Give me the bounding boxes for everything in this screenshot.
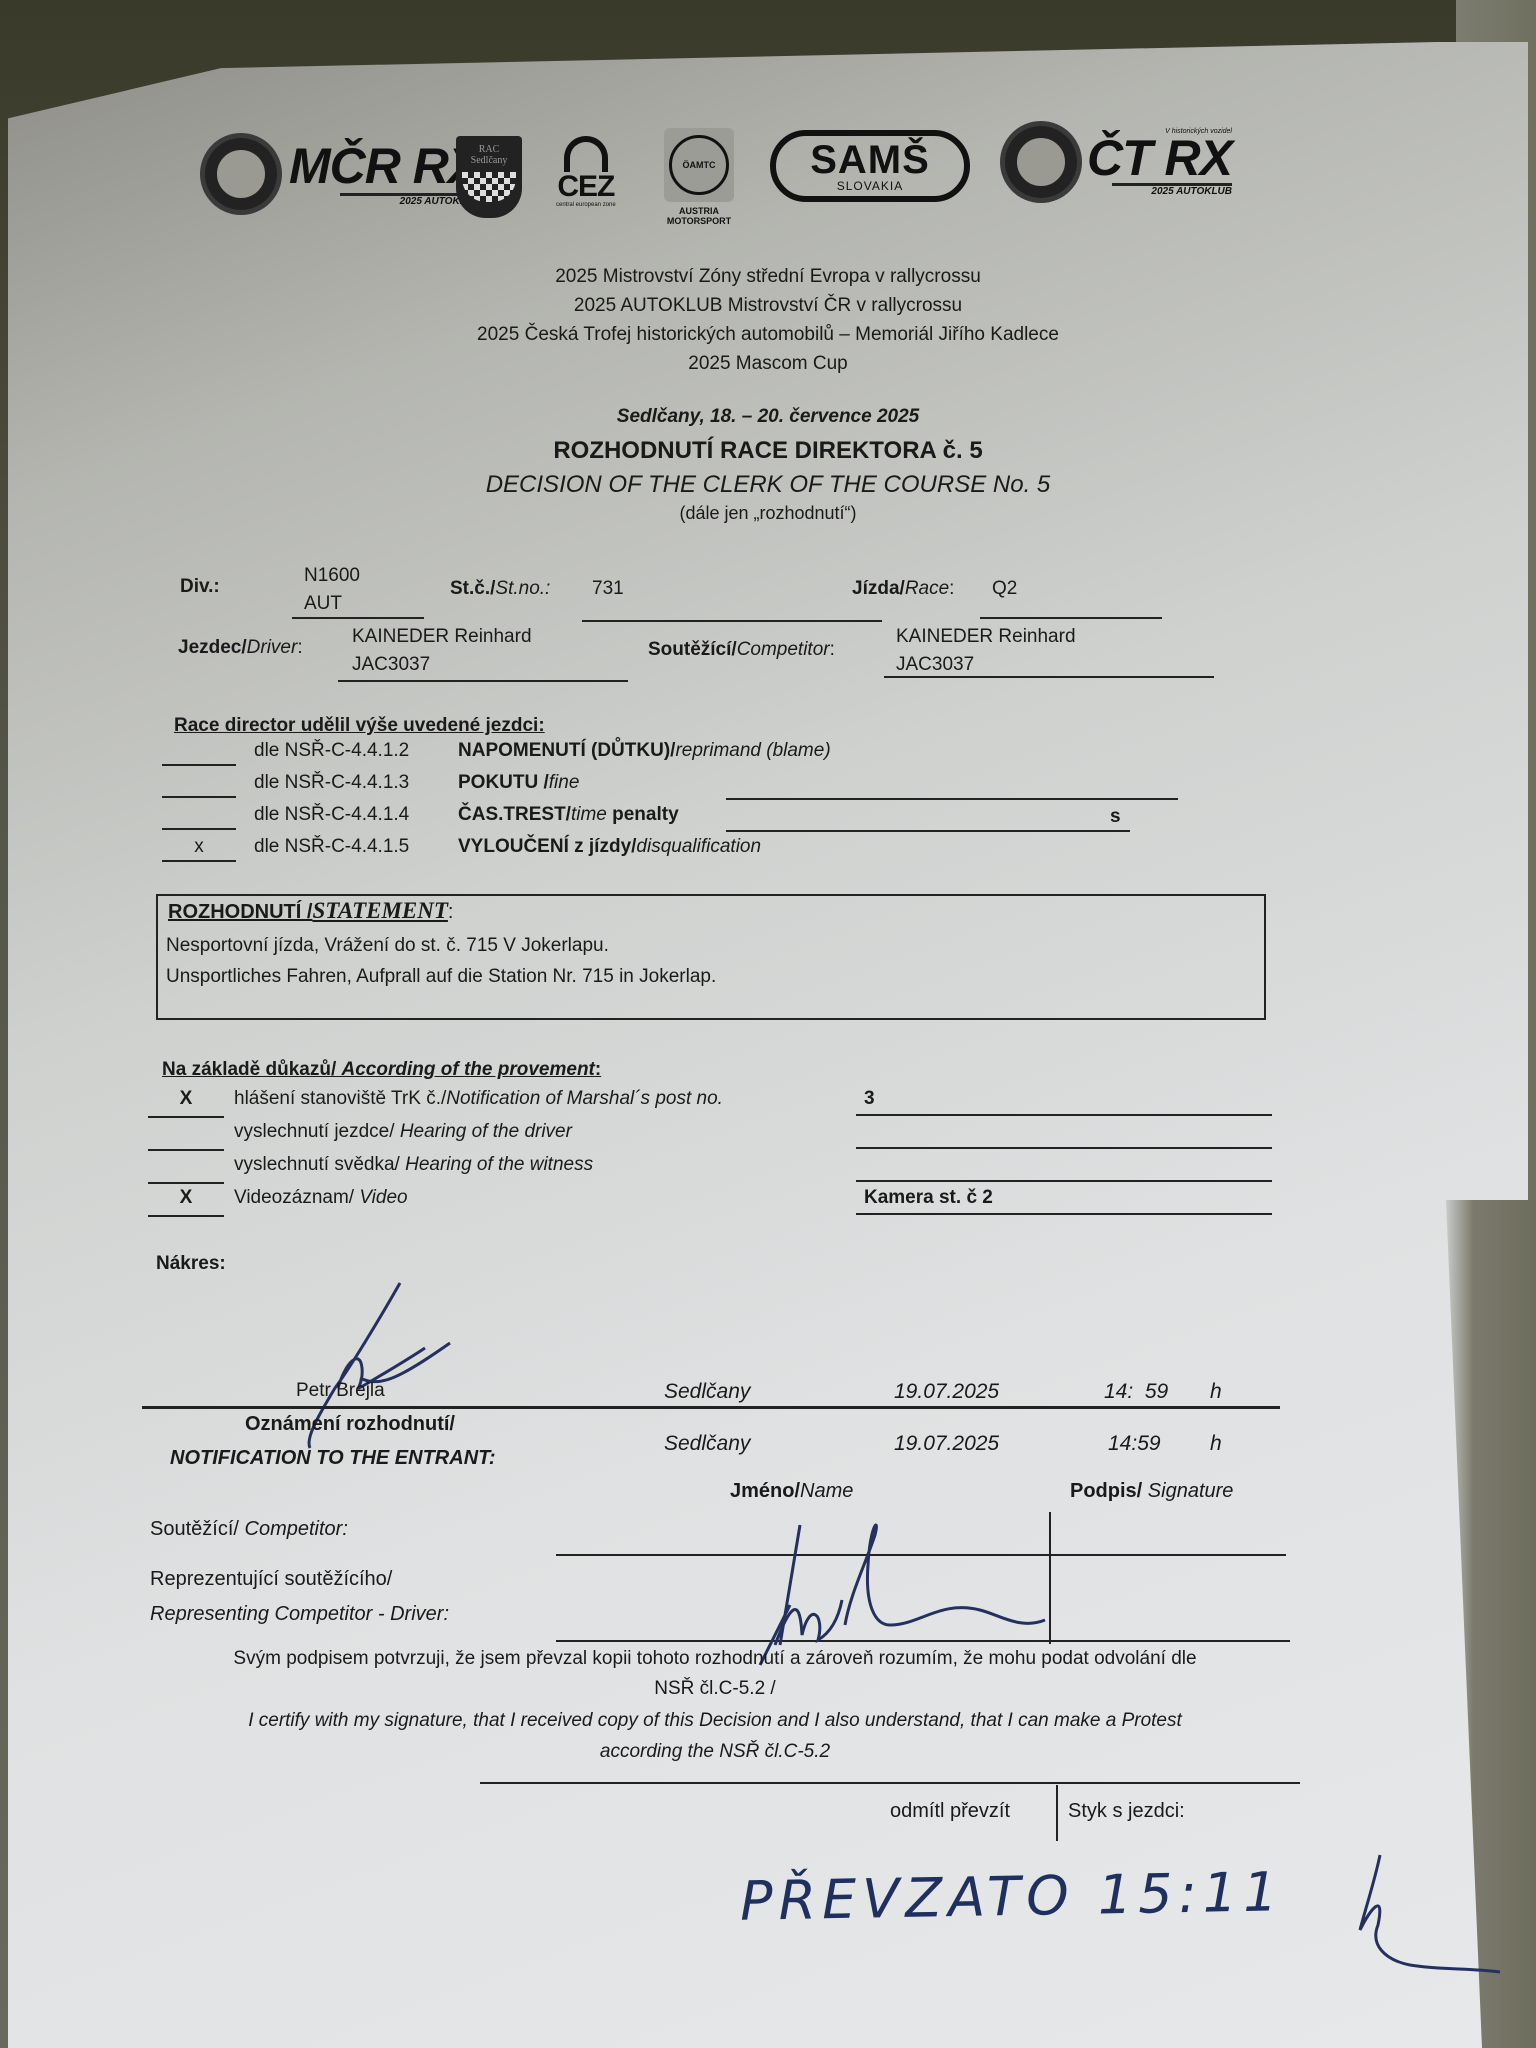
gear-emblem-icon (205, 138, 277, 210)
certification-en-2: according the NSŘ čl.C-5.2 (130, 1741, 1300, 1763)
page-subtitle: (dále jen „rozhodnutí“) (0, 503, 1536, 524)
certification-cz-2: NSŘ čl.C-5.2 / (130, 1678, 1300, 1700)
handwritten-initial (1340, 1850, 1500, 1980)
evidence-mark[interactable]: X (148, 1187, 224, 1209)
refused-label: odmítl převzít (890, 1800, 1010, 1823)
competitor-label: Soutěžící/Competitor: (648, 639, 835, 661)
logo-ct-rx: V historických vozidel ČT RX 2025 AUTOKL… (1005, 126, 1232, 198)
evidence-checkbox-line (148, 1149, 224, 1151)
notification-label-en: NOTIFICATION TO THE ENTRANT: (170, 1447, 496, 1470)
championship-list: 2025 Mistrovství Zóny střední Evropa v r… (0, 262, 1536, 378)
signature-column-header: Podpis/ Signature (1070, 1480, 1233, 1503)
driver-label: Jezdec/Driver: (178, 637, 303, 659)
driver-name: KAINEDER Reinhard (352, 623, 532, 651)
statement-text-cz: Nesportovní jízda, Vrážení do st. č. 715… (166, 935, 609, 957)
competitor-id: JAC3037 (896, 651, 1076, 679)
fine-value-line (726, 798, 1178, 800)
certification-cz-1: Svým podpisem potvrzuji, že jsem převzal… (130, 1648, 1300, 1670)
evidence-label: hlášení stanoviště TrK č./Notification o… (234, 1088, 723, 1110)
time-penalty-unit: s (1110, 806, 1121, 828)
certification-en-1: I certify with my signature, that I rece… (130, 1710, 1300, 1732)
issuer-name: Petr Brejla (296, 1380, 385, 1402)
logo-mcr-rx: MČR RX 2025 AUTOKLUB (205, 138, 480, 210)
start-number-value[interactable]: 731 (592, 578, 624, 600)
notification-date: 19.07.2025 (894, 1432, 999, 1456)
penalty-type: POKUTU /fine (458, 772, 579, 794)
penalty-type: NAPOMENUTÍ (DŮTKU)/reprimand (blame) (458, 740, 831, 762)
penalty-type: VYLOUČENÍ z jízdy/disqualification (458, 836, 761, 858)
div-label: Div.: (180, 576, 220, 598)
fine-value-field[interactable] (726, 772, 1178, 798)
ct-rx-title: ČT RX (1087, 135, 1232, 181)
evidence-heading: Na základě důkazů/ According of the prov… (162, 1059, 601, 1081)
evidence-label: Videozáznam/ Video (234, 1187, 408, 1209)
start-number-label: St.č./St.no.: (450, 578, 550, 600)
name-column-header: Jméno/Name (730, 1480, 853, 1503)
cez-title: CEZ (557, 172, 614, 202)
notification-time: 14:59 (1108, 1432, 1161, 1456)
championship-line: 2025 AUTOKLUB Mistrovství ČR v rallycros… (0, 291, 1536, 320)
start-number-underline (582, 620, 882, 622)
penalties-heading: Race director udělil výše uvedené jezdci… (174, 715, 545, 737)
time-penalty-value-line (726, 830, 1130, 832)
notification-label-cz: Oznámení rozhodnutí/ (170, 1413, 530, 1436)
evidence-checkbox-line (148, 1182, 224, 1184)
driver-field[interactable]: KAINEDER Reinhard JAC3037 (352, 623, 532, 679)
championship-line: 2025 Mascom Cup (0, 349, 1536, 378)
time-penalty-value-field[interactable] (726, 804, 1106, 830)
representing-label-en: Representing Competitor - Driver: (150, 1603, 449, 1626)
driver-underline (338, 680, 628, 682)
representing-label-cz: Reprezentující soutěžícího/ (150, 1568, 392, 1591)
penalty-checkbox-line (162, 796, 236, 798)
evidence-value-line (856, 1147, 1272, 1149)
penalty-rule: dle NSŘ-C-4.4.1.5 (254, 836, 409, 858)
div-field[interactable]: N1600 AUT (304, 562, 360, 618)
evidence-value[interactable]: Kamera st. č 2 (864, 1187, 993, 1209)
page-title: ROZHODNUTÍ RACE DIREKTORA č. 5 (0, 437, 1536, 465)
penalty-type: ČAS.TREST/time penalty (458, 804, 679, 826)
competitor-underline (884, 676, 1214, 678)
evidence-value-line (856, 1180, 1272, 1182)
notification-time-unit: h (1210, 1432, 1222, 1456)
handwritten-received-note: PŘEVZATO 15:11 (739, 1860, 1283, 1932)
championship-line: 2025 Česká Trofej historických automobil… (0, 320, 1536, 349)
checkered-flag-icon (462, 172, 516, 202)
penalty-checkbox-line (162, 828, 236, 830)
footer-divider (1056, 1785, 1058, 1841)
evidence-checkbox-line (148, 1215, 224, 1217)
logo-oamtc: ÖAMTC AUSTRIA MOTORSPORT (664, 128, 734, 226)
evidence-value[interactable]: 3 (864, 1088, 875, 1110)
mcr-rx-title: MČR RX (289, 141, 480, 191)
competitor-field[interactable]: KAINEDER Reinhard JAC3037 (896, 623, 1076, 679)
race-label: Jízda/Race: (852, 578, 954, 600)
evidence-label: vyslechnutí jezdce/ Hearing of the drive… (234, 1121, 572, 1143)
competitor-name: KAINEDER Reinhard (896, 623, 1076, 651)
issued-place: Sedlčany (664, 1380, 750, 1404)
drawing-label: Nákres: (156, 1253, 226, 1275)
contact-label: Styk s jezdci: (1068, 1800, 1185, 1823)
penalty-rule: dle NSŘ-C-4.4.1.4 (254, 804, 409, 826)
issued-time: 14: 59 (1104, 1380, 1168, 1404)
footer-separator (480, 1782, 1300, 1784)
notification-place: Sedlčany (664, 1432, 750, 1456)
race-value[interactable]: Q2 (992, 578, 1017, 600)
evidence-label: vyslechnutí svědka/ Hearing of the witne… (234, 1154, 593, 1176)
issued-separator (142, 1406, 1280, 1409)
championship-line: 2025 Mistrovství Zóny střední Evropa v r… (0, 262, 1536, 291)
evidence-value-line (856, 1213, 1272, 1215)
penalty-rule: dle NSŘ-C-4.4.1.2 (254, 740, 409, 762)
penalty-checkbox-line (162, 860, 236, 862)
eagle-emblem-icon: ÖAMTC (669, 135, 729, 195)
div-underline (292, 617, 424, 619)
steering-wheel-icon (564, 136, 608, 172)
statement-text-de: Unsportliches Fahren, Aufprall auf die S… (166, 966, 716, 988)
logo-rac-sedlcany: RAC Sedlčany (456, 136, 522, 218)
page-title-en: DECISION OF THE CLERK OF THE COURSE No. … (0, 471, 1536, 499)
statement-heading: ROZHODNUTÍ /STATEMENT: (168, 898, 453, 924)
evidence-value-line (856, 1114, 1272, 1116)
evidence-checkbox-line (148, 1116, 224, 1118)
driver-id: JAC3037 (352, 651, 532, 679)
logo-cez: CEZ central european zone (556, 136, 616, 208)
competitor-sign-label: Soutěžící/ Competitor: (150, 1518, 348, 1541)
gear-emblem-icon (1005, 126, 1077, 198)
issued-date: 19.07.2025 (894, 1380, 999, 1404)
penalty-mark[interactable]: x (162, 836, 236, 858)
penalty-rule: dle NSŘ-C-4.4.1.3 (254, 772, 409, 794)
race-underline (980, 617, 1162, 619)
evidence-mark[interactable]: X (148, 1088, 224, 1110)
issued-time-unit: h (1210, 1380, 1222, 1404)
penalty-checkbox-line (162, 764, 236, 766)
logo-sams: SAMŠ SLOVAKIA (770, 130, 970, 202)
venue-dates: Sedlčany, 18. – 20. července 2025 (0, 406, 1536, 428)
